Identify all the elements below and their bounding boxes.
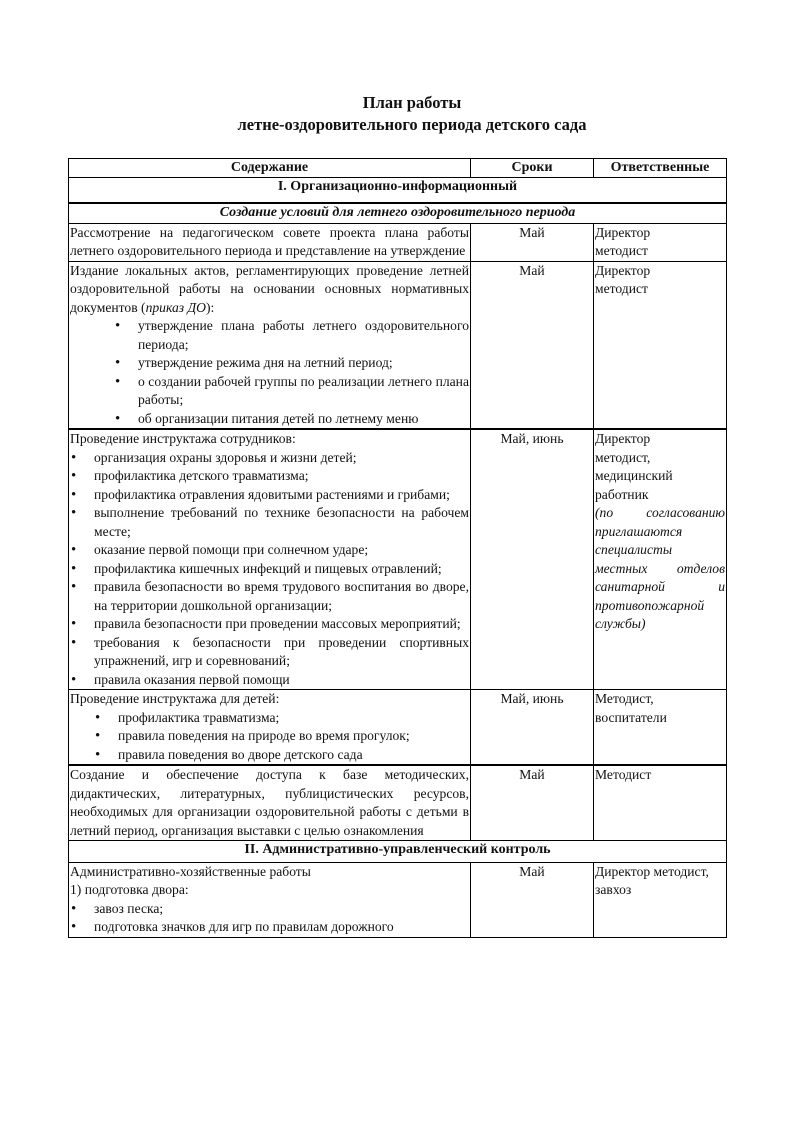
table-row: Административно-хозяйственные работы 1) … — [69, 862, 727, 937]
header-content: Содержание — [69, 159, 471, 178]
header-responsible: Ответственные — [594, 159, 727, 178]
list-item: профилактика детского травматизма; — [70, 467, 469, 486]
list-item: профилактика кишечных инфекций и пищевых… — [70, 560, 469, 579]
row-dates: Май, июнь — [471, 690, 594, 766]
row-dates: Май — [471, 261, 594, 429]
row-content: Создание и обеспечение доступа к базе ме… — [69, 765, 471, 841]
row-responsible: Директор методист, медицинский работник … — [594, 429, 727, 690]
list-item: завоз песка; — [70, 900, 469, 919]
bullet-list: профилактика травматизма; правила поведе… — [50, 709, 469, 765]
row-dates: Май — [471, 862, 594, 937]
bullet-list: утверждение плана работы летнего оздоров… — [70, 317, 469, 428]
list-item: правила оказания первой помощи — [70, 671, 469, 690]
list-item: требования к безопасности при проведении… — [70, 634, 469, 671]
row-text: Издание локальных актов, регламентирующи… — [70, 263, 469, 315]
subsection-title: Создание условий для летнего оздоровител… — [69, 203, 727, 223]
row-content: Административно-хозяйственные работы 1) … — [69, 862, 471, 937]
list-item: правила безопасности при проведении масс… — [70, 615, 469, 634]
list-item: правила поведения во дворе детского сада — [50, 746, 469, 765]
list-item: оказание первой помощи при солнечном уда… — [70, 541, 469, 560]
row-text: Проведение инструктажа сотрудников: — [70, 430, 469, 449]
table-row: Проведение инструктажа сотрудников: орга… — [69, 429, 727, 690]
work-plan-table: Содержание Сроки Ответственные I. Органи… — [68, 158, 727, 938]
row-text: Проведение инструктажа для детей: — [70, 690, 469, 709]
table-header-row: Содержание Сроки Ответственные — [69, 159, 727, 178]
row-responsible: Директор методист — [594, 223, 727, 261]
section-row: I. Организационно-информационный — [69, 178, 727, 204]
row-content: Проведение инструктажа сотрудников: орга… — [69, 429, 471, 690]
list-item: о создании рабочей группы по реализации … — [70, 373, 469, 410]
row-dates: Май — [471, 223, 594, 261]
subsection-row: Создание условий для летнего оздоровител… — [69, 203, 727, 223]
list-item: профилактика отравления ядовитыми растен… — [70, 486, 469, 505]
row-text: ): — [206, 300, 214, 315]
row-content: Рассмотрение на педагогическом совете пр… — [69, 223, 471, 261]
table-row: Создание и обеспечение доступа к базе ме… — [69, 765, 727, 841]
document-title: План работы — [0, 92, 794, 114]
table-row: Рассмотрение на педагогическом совете пр… — [69, 223, 727, 261]
row-dates: Май — [471, 765, 594, 841]
list-item: об организации питания детей по летнему … — [70, 410, 469, 429]
row-content: Издание локальных актов, регламентирующи… — [69, 261, 471, 429]
row-responsible: Директор методист, завхоз — [594, 862, 727, 937]
row-responsible-text: Директор методист, медицинский работник — [595, 430, 725, 504]
list-item: утверждение плана работы летнего оздоров… — [70, 317, 469, 354]
list-item: организация охраны здоровья и жизни дете… — [70, 449, 469, 468]
row-text: Административно-хозяйственные работы — [70, 863, 469, 882]
row-content: Проведение инструктажа для детей: профил… — [69, 690, 471, 766]
table-row: Проведение инструктажа для детей: профил… — [69, 690, 727, 766]
section-row: II. Административно-управленческий контр… — [69, 841, 727, 863]
header-dates: Сроки — [471, 159, 594, 178]
row-text-italic: приказ ДО — [146, 300, 206, 315]
list-item: подготовка значков для игр по правилам д… — [70, 918, 469, 937]
row-subtext: 1) подготовка двора: — [70, 881, 469, 900]
row-responsible: Методист, воспитатели — [594, 690, 727, 766]
list-item: выполнение требований по технике безопас… — [70, 504, 469, 541]
list-item: утверждение режима дня на летний период; — [70, 354, 469, 373]
document-subtitle: летне-оздоровительного периода детского … — [0, 114, 794, 136]
list-item: правила безопасности во время трудового … — [70, 578, 469, 615]
list-item: правила поведения на природе во время пр… — [50, 727, 469, 746]
list-item: профилактика травматизма; — [50, 709, 469, 728]
row-responsible-note: (по согласованию приглашаются специалист… — [595, 504, 725, 634]
bullet-list: завоз песка; подготовка значков для игр … — [70, 900, 469, 937]
row-responsible: Методист — [594, 765, 727, 841]
section-title: I. Организационно-информационный — [69, 178, 727, 204]
table-row: Издание локальных актов, регламентирующи… — [69, 261, 727, 429]
row-responsible: Директор методист — [594, 261, 727, 429]
section-title: II. Административно-управленческий контр… — [69, 841, 727, 863]
row-dates: Май, июнь — [471, 429, 594, 690]
bullet-list: организация охраны здоровья и жизни дете… — [70, 449, 469, 690]
